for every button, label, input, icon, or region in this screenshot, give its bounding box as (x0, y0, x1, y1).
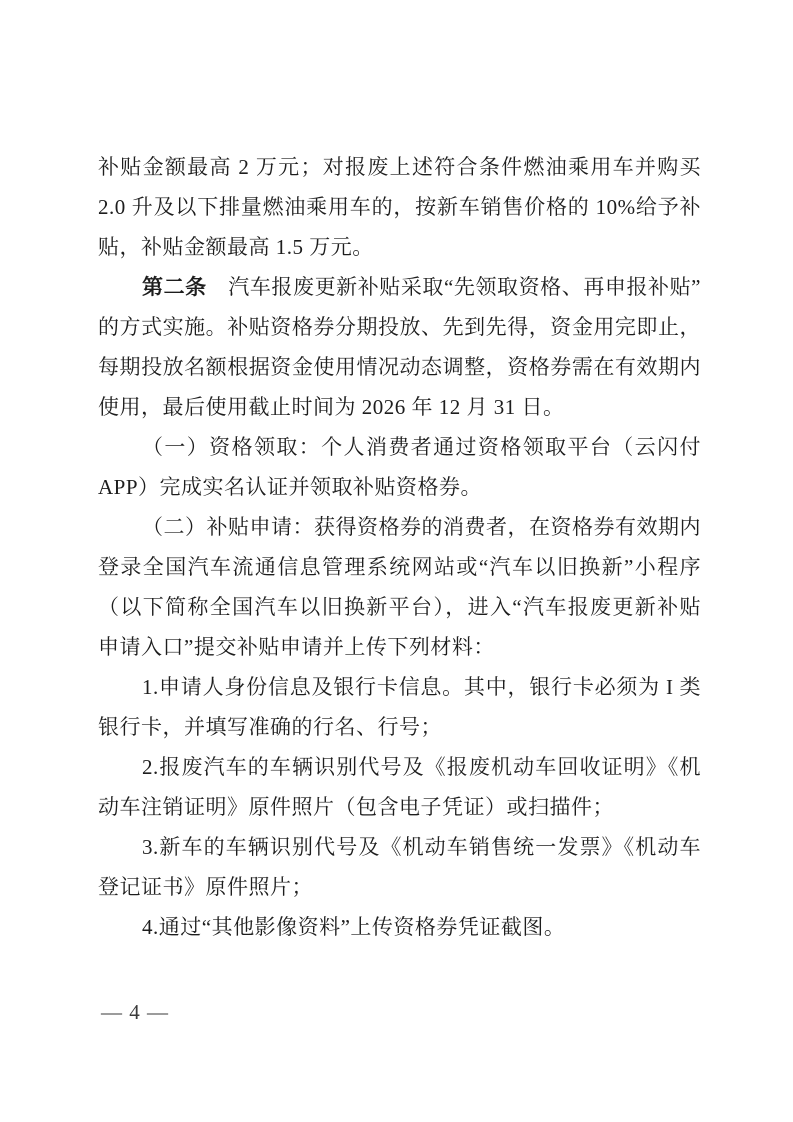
text-line: APP）完成实名认证并领取补贴资格券。 (98, 467, 701, 507)
text-line: 动车注销证明》原件照片（包含电子凭证）或扫描件； (98, 787, 701, 827)
text-line: 使用，最后使用截止时间为 2026 年 12 月 31 日。 (98, 387, 701, 427)
text-line: 2.0 升及以下排量燃油乘用车的，按新车销售价格的 10%给予补 (98, 187, 701, 227)
para-material-4: 4.通过“其他影像资料”上传资格券凭证截图。 (98, 907, 701, 947)
text-run: （以下简称全国汽车以旧换新平台），进入“汽车报废更新补贴 (98, 595, 701, 619)
text-line: （以下简称全国汽车以旧换新平台），进入“汽车报废更新补贴 (98, 587, 701, 627)
para-material-2: 2.报废汽车的车辆识别代号及《报废机动车回收证明》《机动车注销证明》原件照片（包… (98, 747, 701, 827)
text-line: 的方式实施。补贴资格券分期投放、先到先得，资金用完即止， (98, 307, 701, 347)
para-subsidy-amount-continuation: 补贴金额最高 2 万元；对报废上述符合条件燃油乘用车并购买2.0 升及以下排量燃… (98, 147, 701, 267)
text-line: 4.通过“其他影像资料”上传资格券凭证截图。 (98, 907, 701, 947)
text-run: 登记证书》原件照片； (98, 875, 313, 899)
text-run: 1.申请人身份信息及银行卡信息。其中，银行卡必须为 I 类 (142, 675, 701, 699)
text-run: 4.通过“其他影像资料”上传资格券凭证截图。 (142, 915, 565, 939)
text-line: 1.申请人身份信息及银行卡信息。其中，银行卡必须为 I 类 (98, 667, 701, 707)
page-number: — 4 — (101, 996, 169, 1028)
text-line: 3.新车的车辆识别代号及《机动车销售统一发票》《机动车 (98, 827, 701, 867)
text-run: 补贴金额最高 2 万元；对报废上述符合条件燃油乘用车并购买 (98, 155, 701, 179)
document-page: 补贴金额最高 2 万元；对报废上述符合条件燃油乘用车并购买2.0 升及以下排量燃… (0, 0, 793, 1122)
text-run: 使用，最后使用截止时间为 2026 年 12 月 31 日。 (98, 395, 565, 419)
para-item-2-application: （二）补贴申请：获得资格券的消费者，在资格券有效期内登录全国汽车流通信息管理系统… (98, 507, 701, 667)
text-line: 贴，补贴金额最高 1.5 万元。 (98, 227, 701, 267)
para-item-1-qualification: （一）资格领取：个人消费者通过资格领取平台（云闪付APP）完成实名认证并领取补贴… (98, 427, 701, 507)
text-run: 动车注销证明》原件照片（包含电子凭证）或扫描件； (98, 795, 614, 819)
para-material-3: 3.新车的车辆识别代号及《机动车销售统一发票》《机动车登记证书》原件照片； (98, 827, 701, 907)
para-material-1: 1.申请人身份信息及银行卡信息。其中，银行卡必须为 I 类银行卡，并填写准确的行… (98, 667, 701, 747)
text-line: 银行卡，并填写准确的行名、行号； (98, 707, 701, 747)
text-line: 申请入口”提交补贴申请并上传下列材料： (98, 627, 701, 667)
text-line: 每期投放名额根据资金使用情况动态调整，资格券需在有效期内 (98, 347, 701, 387)
text-run: 登录全国汽车流通信息管理系统网站或“汽车以旧换新”小程序 (98, 555, 701, 579)
text-run: 的方式实施。补贴资格券分期投放、先到先得，资金用完即止， (98, 315, 701, 339)
text-line: （一）资格领取：个人消费者通过资格领取平台（云闪付 (98, 427, 701, 467)
text-line: 登记证书》原件照片； (98, 867, 701, 907)
text-line: 第二条 汽车报废更新补贴采取“先领取资格、再申报补贴” (98, 267, 701, 307)
para-article-2: 第二条 汽车报废更新补贴采取“先领取资格、再申报补贴”的方式实施。补贴资格券分期… (98, 267, 701, 427)
text-run: 每期投放名额根据资金使用情况动态调整，资格券需在有效期内 (98, 355, 701, 379)
text-run: （二）补贴申请：获得资格券的消费者，在资格券有效期内 (142, 515, 701, 539)
text-run: 银行卡，并填写准确的行名、行号； (98, 715, 442, 739)
text-run: 贴，补贴金额最高 1.5 万元。 (98, 235, 374, 259)
text-run: 3.新车的车辆识别代号及《机动车销售统一发票》《机动车 (142, 835, 701, 859)
text-run: 汽车报废更新补贴采取“先领取资格、再申报补贴” (207, 275, 701, 299)
text-run: 2.0 升及以下排量燃油乘用车的，按新车销售价格的 10%给予补 (98, 195, 701, 219)
text-run: 2.报废汽车的车辆识别代号及《报废机动车回收证明》《机 (142, 755, 701, 779)
text-line: （二）补贴申请：获得资格券的消费者，在资格券有效期内 (98, 507, 701, 547)
text-line: 补贴金额最高 2 万元；对报废上述符合条件燃油乘用车并购买 (98, 147, 701, 187)
text-run: APP）完成实名认证并领取补贴资格券。 (98, 475, 482, 499)
text-line: 登录全国汽车流通信息管理系统网站或“汽车以旧换新”小程序 (98, 547, 701, 587)
text-run: 申请入口”提交补贴申请并上传下列材料： (98, 635, 495, 659)
text-run: （一）资格领取：个人消费者通过资格领取平台（云闪付 (142, 435, 701, 459)
text-line: 2.报废汽车的车辆识别代号及《报废机动车回收证明》《机 (98, 747, 701, 787)
article-heading-run: 第二条 (142, 275, 207, 299)
document-body: 补贴金额最高 2 万元；对报废上述符合条件燃油乘用车并购买2.0 升及以下排量燃… (98, 147, 701, 947)
